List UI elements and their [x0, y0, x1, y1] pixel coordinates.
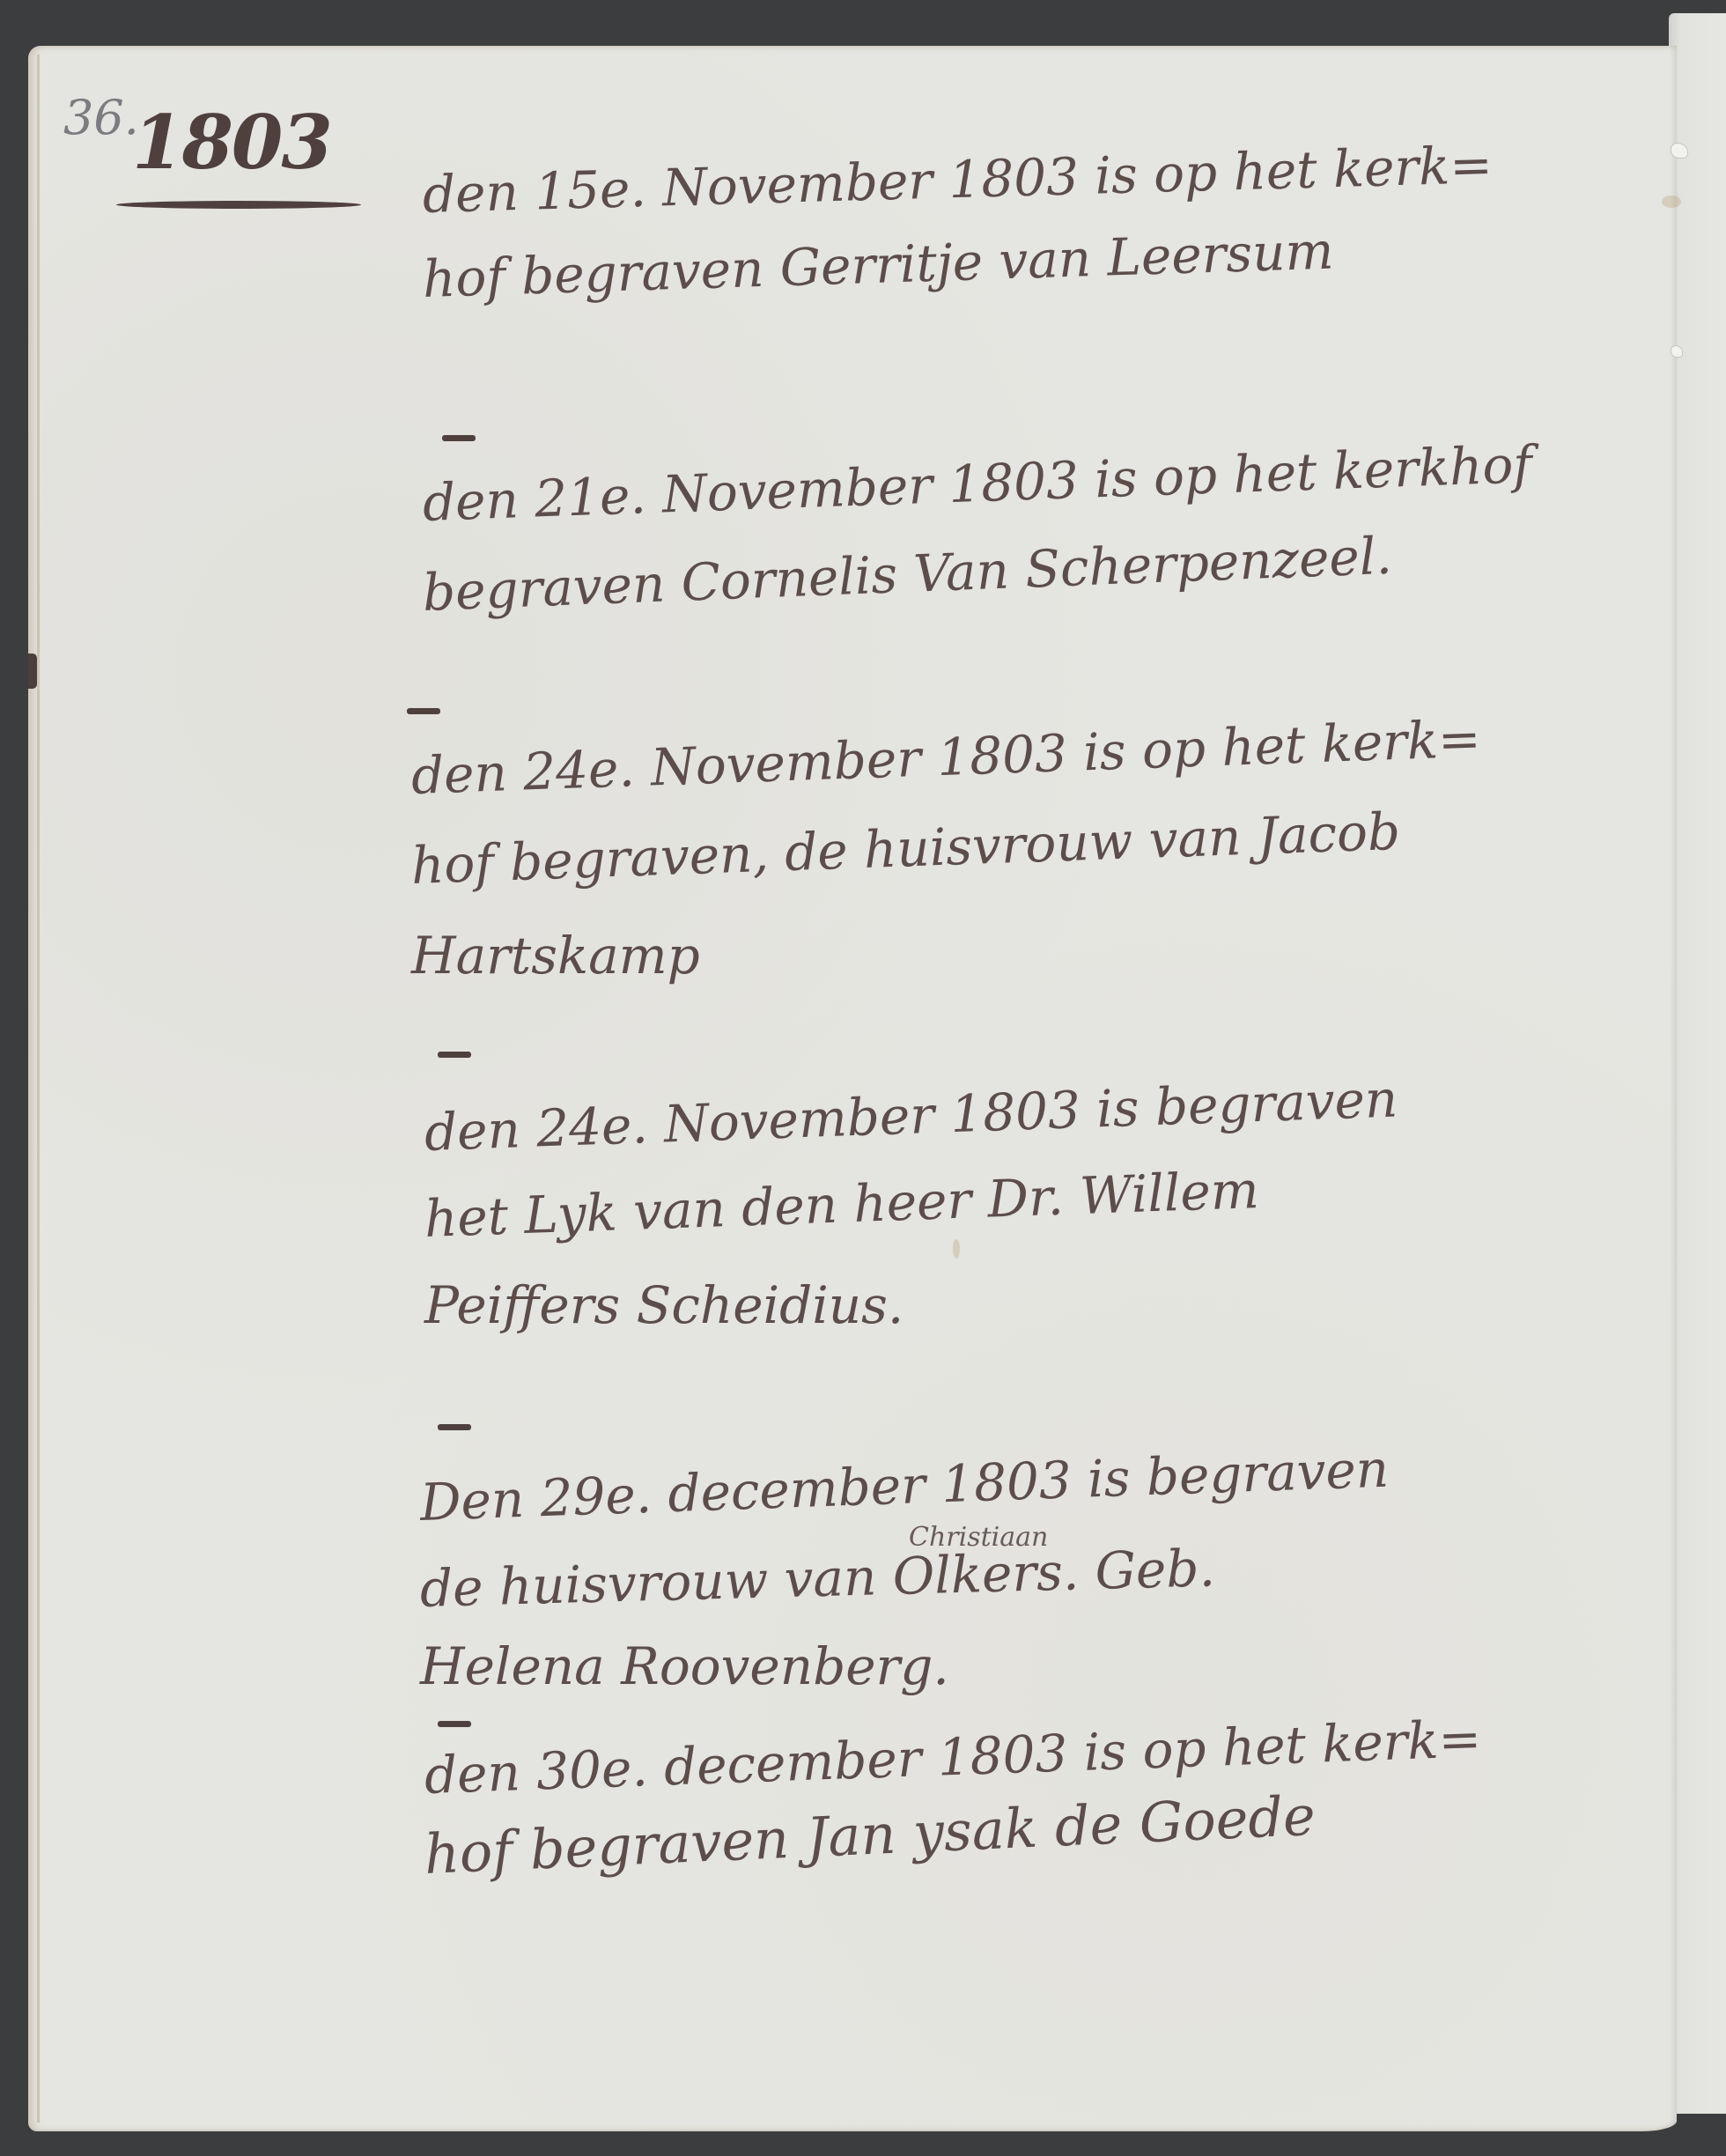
- entry-line: Hartskamp: [411, 930, 1481, 981]
- folio-number: 36.: [63, 90, 139, 145]
- year-heading: 1803: [132, 99, 331, 186]
- burial-entry: den 15e. November 1803 is op het kerk= h…: [423, 169, 1493, 305]
- burial-entry: den 24e. November 1803 is op het kerk= h…: [411, 750, 1481, 981]
- entry-line: de huisvrouw van Olkers. Geb.: [419, 1538, 1390, 1614]
- entry-line: den 24e. November 1803 is op het kerk=: [410, 713, 1482, 801]
- entry-line: het Lyk van den heer Dr. Willem: [424, 1159, 1398, 1244]
- burial-entry: den 24e. November 1803 is begraven het L…: [424, 1107, 1398, 1331]
- burial-entry: Den 29e. december 1803 is begraven de hu…: [420, 1477, 1390, 1692]
- paper-tear: [1671, 143, 1688, 159]
- entry-separator-dash: [438, 1424, 471, 1430]
- entry-line: den 15e. November 1803 is op het kerk=: [422, 139, 1493, 220]
- entry-separator-dash: [442, 435, 476, 441]
- entry-line: hof begraven, de huisvrouw van Jacob: [410, 803, 1482, 891]
- paper-stain: [1662, 196, 1681, 208]
- page-gutter-edge: [37, 55, 40, 2123]
- entry-line: Peiffers Scheidius.: [424, 1280, 1398, 1331]
- entry-line: hof begraven Gerritje van Leersum: [422, 220, 1493, 305]
- entry-separator-dash: [407, 708, 440, 714]
- burial-entry: den 30e. december 1803 is op het kerk= h…: [424, 1750, 1482, 1882]
- entry-line: begraven Cornelis Van Scherpenzeel.: [422, 525, 1533, 618]
- manuscript-page: 36. 1803 den 15e. November 1803 is op he…: [28, 46, 1677, 2131]
- interlinear-insertion: Christiaan: [909, 1522, 1048, 1553]
- burial-entry: den 21e. November 1803 is op het kerkhof…: [423, 477, 1532, 618]
- entry-line: den 21e. November 1803 is op het kerkhof: [422, 439, 1533, 528]
- entry-separator-dash: [438, 1721, 471, 1727]
- adjacent-page-edge: [1669, 13, 1726, 2114]
- entry-line: Den 29e. december 1803 is begraven: [419, 1443, 1390, 1528]
- entry-line: Helena Roovenberg.: [420, 1641, 1390, 1692]
- year-underline: [116, 201, 361, 209]
- entry-line: den 24e. November 1803 is begraven: [424, 1073, 1398, 1158]
- entry-separator-dash: [438, 1052, 471, 1058]
- binding-mark: [28, 653, 37, 689]
- paper-tear: [1671, 345, 1683, 358]
